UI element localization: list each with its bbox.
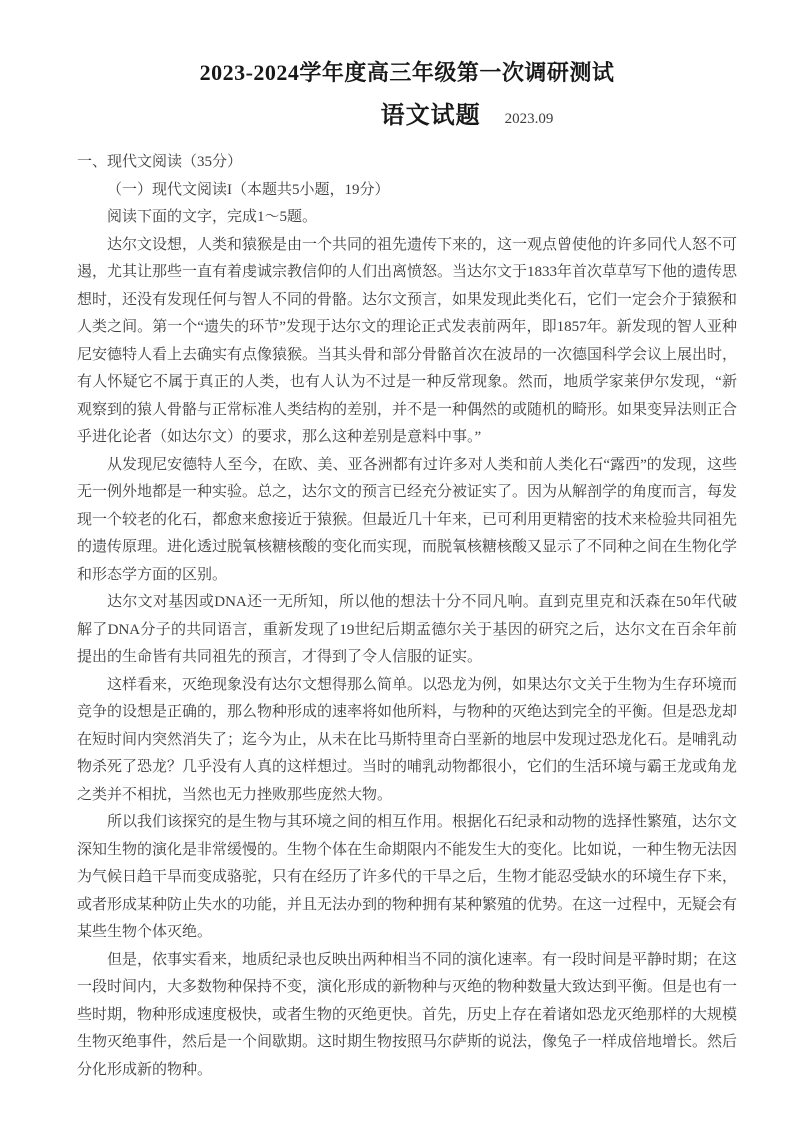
exam-paper-page: 2023-2024学年度高三年级第一次调研测试 语文试题 2023.09 一、现… bbox=[0, 0, 794, 1123]
paper-title: 2023-2024学年度高三年级第一次调研测试 bbox=[77, 56, 737, 90]
paper-subtitle-row: 语文试题 2023.09 bbox=[137, 99, 794, 136]
passage-paragraph-1: 达尔文设想，人类和猿猴是由一个共同的祖先遗传下来的，这一观点曾使他的许多同代人怒… bbox=[77, 232, 737, 452]
reading-instruction: 阅读下面的文字，完成1～5题。 bbox=[77, 204, 737, 232]
passage-paragraph-4: 这样看来，灭绝现象没有达尔文想得那么简单。以恐龙为例，如果达尔文关于生物为生存环… bbox=[77, 672, 737, 810]
paper-date: 2023.09 bbox=[505, 111, 554, 127]
paper-body: 一、现代文阅读（35分） （一）现代文阅读I（本题共5小题，19分） 阅读下面的… bbox=[77, 149, 737, 1084]
passage-paragraph-6: 但是，依事实看来，地质纪录也反映出两种相当不同的演化速率。有一段时间是平静时期；… bbox=[77, 947, 737, 1085]
section-1-heading: 一、现代文阅读（35分） bbox=[77, 149, 737, 177]
passage-paragraph-2: 从发现尼安德特人至今，在欧、美、亚各洲都有过许多对人类和前人类化石“露西”的发现… bbox=[77, 452, 737, 590]
paper-subject-title: 语文试题 bbox=[381, 103, 481, 129]
reading-passage: 达尔文设想，人类和猿猴是由一个共同的祖先遗传下来的，这一观点曾使他的许多同代人怒… bbox=[77, 232, 737, 1085]
paper-header: 2023-2024学年度高三年级第一次调研测试 语文试题 2023.09 bbox=[77, 56, 737, 136]
passage-paragraph-3: 达尔文对基因或DNA还一无所知，所以他的想法十分不同凡响。直到克里克和沃森在50… bbox=[77, 589, 737, 672]
passage-paragraph-5: 所以我们该探究的是生物与其环境之间的相互作用。根据化石纪录和动物的选择性繁殖，达… bbox=[77, 809, 737, 947]
part-1-heading: （一）现代文阅读I（本题共5小题，19分） bbox=[77, 177, 737, 205]
